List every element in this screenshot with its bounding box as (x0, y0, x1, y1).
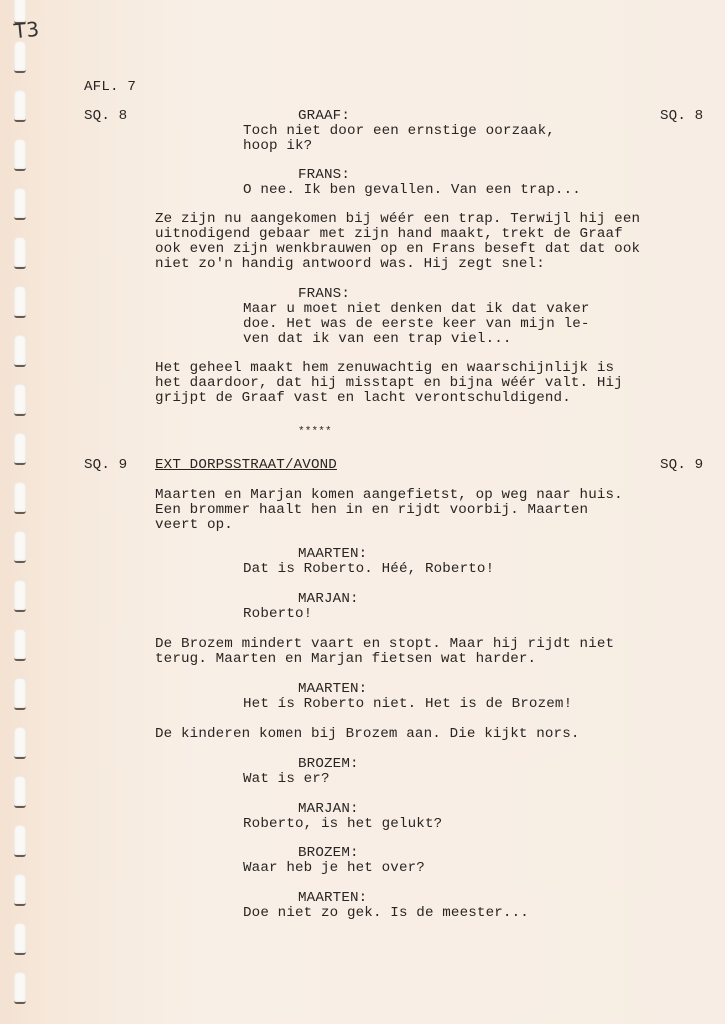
binding-hole (14, 286, 26, 318)
handwritten-page-mark: T3 (13, 17, 40, 43)
dialogue-line: Wat is er? (243, 772, 330, 787)
dialogue-line: Maar u moet niet denken dat ik dat vaker (243, 302, 590, 317)
binding-hole (14, 972, 26, 1004)
action-line: uitnodigend gebaar met zijn hand maakt, … (155, 227, 623, 242)
binding-hole (14, 237, 26, 269)
binding-hole (14, 90, 26, 122)
dialogue-line: Waar heb je het over? (243, 861, 425, 876)
binding-hole (14, 629, 26, 661)
action-line: De Brozem mindert vaart en stopt. Maar h… (155, 637, 614, 652)
character-cue: MARJAN: (298, 802, 359, 817)
binding-hole (14, 678, 26, 710)
binding-hole (14, 825, 26, 857)
character-cue: MAARTEN: (298, 682, 367, 697)
scene-number-left: SQ. 9 (84, 458, 127, 473)
action-line: grijpt de Graaf vast en lacht verontschu… (155, 391, 571, 406)
dialogue-line: O nee. Ik ben gevallen. Van een trap... (243, 183, 581, 198)
character-cue: MARJAN: (298, 592, 359, 607)
character-cue: MAARTEN: (298, 891, 367, 906)
dialogue-line: Toch niet door een ernstige oorzaak, (243, 124, 555, 139)
binding-hole (14, 41, 26, 73)
binding-hole (14, 433, 26, 465)
binding-hole (14, 139, 26, 171)
binding-holes (0, 0, 40, 1024)
character-cue: FRANS: (298, 168, 350, 183)
action-line: veert op. (155, 518, 233, 533)
character-cue: GRAAF: (298, 109, 350, 124)
character-cue: BROZEM: (298, 846, 359, 861)
action-line: Ze zijn nu aangekomen bij wéér een trap.… (155, 212, 640, 227)
dialogue-line: hoop ik? (243, 139, 312, 154)
scene-separator: ***** (298, 425, 332, 440)
action-line: Een brommer haalt hen in en rijdt voorbi… (155, 503, 588, 518)
episode-label: AFL. 7 (84, 80, 136, 95)
dialogue-line: ven dat ik van een trap viel... (243, 332, 512, 347)
binding-hole (14, 727, 26, 759)
scene-number-right: SQ. 8 (660, 109, 703, 124)
binding-hole (14, 874, 26, 906)
action-line: ook even zijn wenkbrauwen op en Frans be… (155, 242, 640, 257)
character-cue: MAARTEN: (298, 547, 367, 562)
scene-number-right: SQ. 9 (660, 458, 703, 473)
dialogue-line: Het ís Roberto niet. Het is de Brozem! (243, 697, 572, 712)
binding-hole (14, 384, 26, 416)
character-cue: BROZEM: (298, 757, 359, 772)
action-line: het daardoor, dat hij misstapt en bijna … (155, 376, 623, 391)
binding-hole (14, 923, 26, 955)
action-line: Maarten en Marjan komen aangefietst, op … (155, 488, 623, 503)
dialogue-line: Doe niet zo gek. Is de meester... (243, 906, 529, 921)
action-line: Het geheel maakt hem zenuwachtig en waar… (155, 361, 614, 376)
binding-hole (14, 776, 26, 808)
binding-hole (14, 482, 26, 514)
dialogue-line: doe. Het was de eerste keer van mijn le- (243, 317, 590, 332)
binding-hole (14, 188, 26, 220)
binding-hole (14, 531, 26, 563)
binding-hole (14, 580, 26, 612)
binding-hole (14, 335, 26, 367)
action-line: niet zo'n handig antwoord was. Hij zegt … (155, 257, 545, 272)
action-line: terug. Maarten en Marjan fietsen wat har… (155, 652, 536, 667)
action-line: De kinderen komen bij Brozem aan. Die ki… (155, 727, 580, 742)
scene-slugline: EXT DORPSSTRAAT/AVOND (155, 458, 337, 473)
character-cue: FRANS: (298, 287, 350, 302)
dialogue-line: Roberto, is het gelukt? (243, 817, 442, 832)
dialogue-line: Dat is Roberto. Héé, Roberto! (243, 562, 494, 577)
dialogue-line: Roberto! (243, 607, 312, 622)
scene-number-left: SQ. 8 (84, 109, 127, 124)
